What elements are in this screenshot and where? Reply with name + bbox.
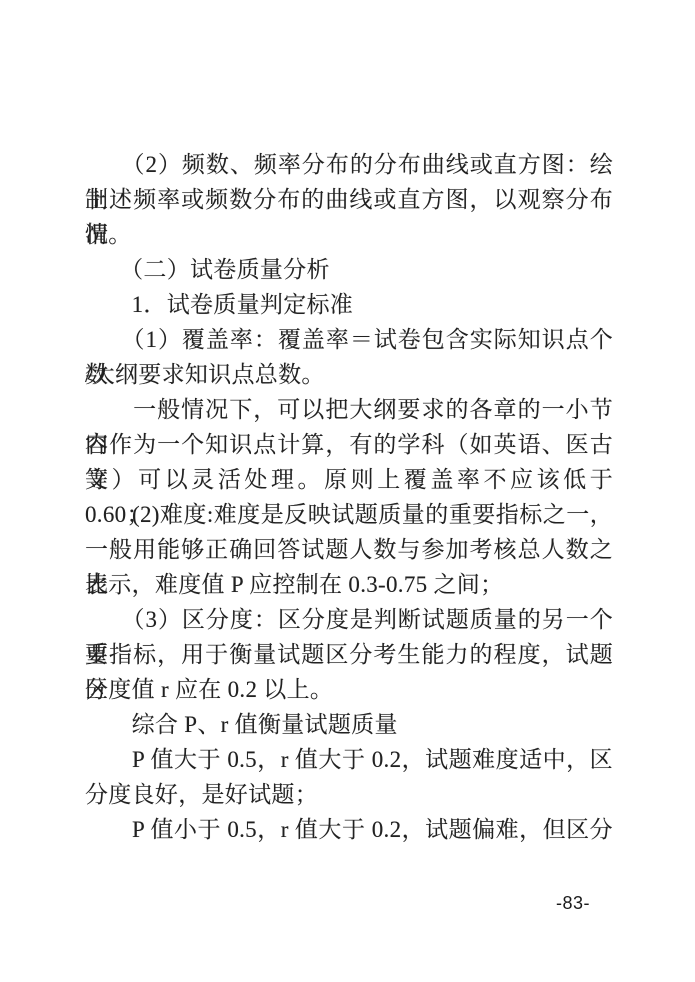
text-line-16: 分度值 r 应在 0.2 以上。 (85, 672, 613, 707)
text-line-4: （二）试卷质量分析 (85, 252, 613, 287)
text-line-14: （3）区分度：区分度是判断试题质量的另一个重 (85, 602, 613, 637)
text-line-13: 表示，难度值 P 应控制在 0.3-0.75 之间； (85, 567, 613, 602)
document-page: （2）频数、频率分布的分布曲线或直方图：绘制 上述频率或频数分布的曲线或直方图，… (0, 0, 695, 982)
text-line-6: （1）覆盖率：覆盖率＝试卷包含实际知识点个数 (85, 322, 613, 357)
text-line-1: （2）频数、频率分布的分布曲线或直方图：绘制 (85, 147, 613, 182)
body-text: （2）频数、频率分布的分布曲线或直方图：绘制 上述频率或频数分布的曲线或直方图，… (85, 147, 613, 847)
text-line-17: 综合 P、r 值衡量试题质量 (85, 707, 613, 742)
text-line-9: 容作为一个知识点计算，有的学科（如英语、医古文 (85, 427, 613, 462)
text-line-10: 等）可以灵活处理。原则上覆盖率不应该低于 0.60； (85, 462, 613, 497)
text-line-19: 分度良好，是好试题； (85, 777, 613, 812)
text-line-20: P 值小于 0.5，r 值大于 0.2，试题偏难，但区分 (85, 812, 613, 847)
text-line-2: 上述频率或频数分布的曲线或直方图，以观察分布情 (85, 182, 613, 217)
text-line-3: 况。 (85, 217, 613, 252)
text-line-8: 一般情况下，可以把大纲要求的各章的一小节内 (85, 392, 613, 427)
text-line-15: 要指标，用于衡量试题区分考生能力的程度，试题区 (85, 637, 613, 672)
text-line-18: P 值大于 0.5，r 值大于 0.2，试题难度适中，区 (85, 742, 613, 777)
text-line-11: (2)难度:难度是反映试题质量的重要指标之一， (85, 497, 613, 532)
text-line-5: 1．试卷质量判定标准 (85, 287, 613, 322)
text-line-7: /大纲要求知识点总数。 (85, 357, 613, 392)
text-line-12: 一般用能够正确回答试题人数与参加考核总人数之比 (85, 532, 613, 567)
page-number: -83- (556, 893, 590, 914)
